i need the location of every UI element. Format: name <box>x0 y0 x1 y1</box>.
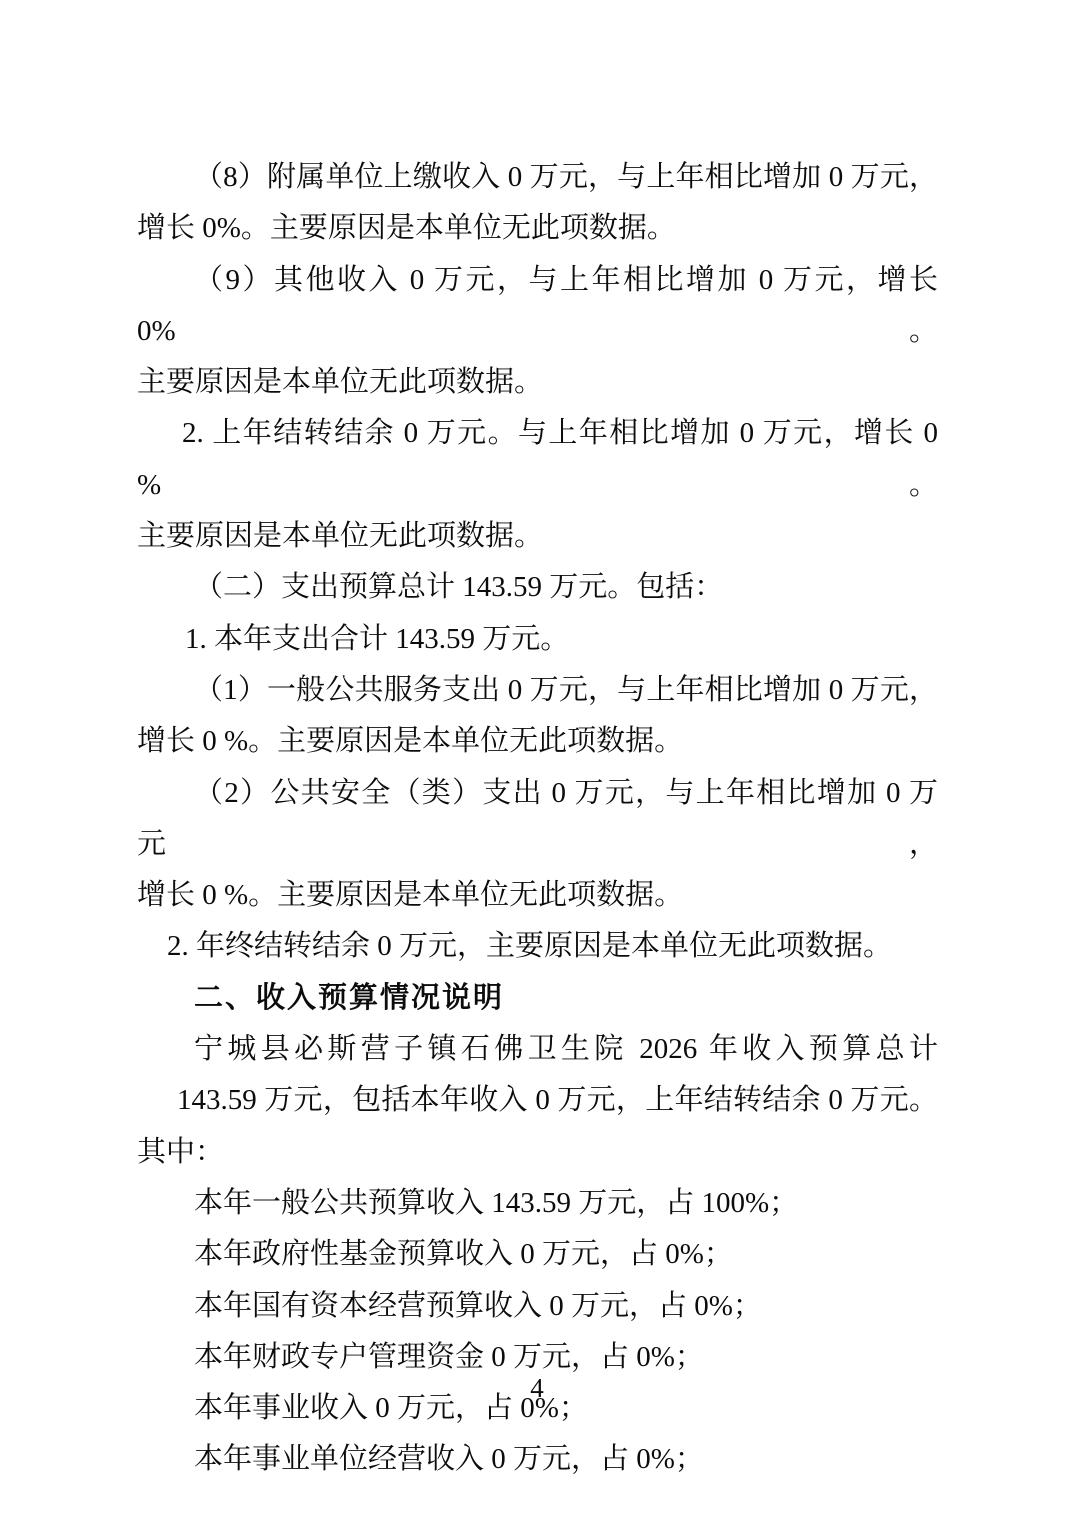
paragraph-line: 1. 本年支出合计 143.59 万元。 <box>137 614 938 665</box>
paragraph-line: （8）附属单位上缴收入 0 万元，与上年相比增加 0 万元， <box>137 152 938 203</box>
paragraph-line: 增长 0 %。主要原因是本单位无此项数据。 <box>137 716 938 767</box>
document-page: （8）附属单位上缴收入 0 万元，与上年相比增加 0 万元， 增长 0%。主要原… <box>0 0 1074 1520</box>
paragraph-line: 本年事业单位经营收入 0 万元，占 0%； <box>137 1434 938 1485</box>
paragraph-line: 其中： <box>137 1127 938 1178</box>
paragraph-line: （二）支出预算总计 143.59 万元。包括： <box>137 562 938 613</box>
paragraph-line: 2. 上年结转结余 0 万元。与上年相比增加 0 万元，增长 0 %。 <box>137 408 938 511</box>
paragraph-line: 主要原因是本单位无此项数据。 <box>137 357 938 408</box>
paragraph-line: 本年一般公共预算收入 143.59 万元，占 100%； <box>137 1178 938 1229</box>
paragraph-line: 2. 年终结转结余 0 万元，主要原因是本单位无此项数据。 <box>137 921 938 972</box>
paragraph-line: 本年政府性基金预算收入 0 万元，占 0%； <box>137 1229 938 1280</box>
paragraph-line: 本年国有资本经营预算收入 0 万元，占 0%； <box>137 1281 938 1332</box>
paragraph-line: 增长 0 %。主要原因是本单位无此项数据。 <box>137 870 938 921</box>
page-footer: 4 <box>0 1372 1074 1404</box>
paragraph-line: 143.59 万元，包括本年收入 0 万元，上年结转结余 0 万元。 <box>137 1075 938 1126</box>
page-number: 4 <box>530 1373 544 1403</box>
paragraph-line: （2）公共安全（类）支出 0 万元，与上年相比增加 0 万元， <box>137 768 938 871</box>
paragraph-line: （1）一般公共服务支出 0 万元，与上年相比增加 0 万元， <box>137 665 938 716</box>
section-heading: 二、收入预算情况说明 <box>137 973 938 1024</box>
paragraph-line: 主要原因是本单位无此项数据。 <box>137 511 938 562</box>
paragraph-line: 宁城县必斯营子镇石佛卫生院 2026 年收入预算总计 <box>137 1024 938 1075</box>
document-body: （8）附属单位上缴收入 0 万元，与上年相比增加 0 万元， 增长 0%。主要原… <box>137 152 938 1486</box>
paragraph-line: （9）其他收入 0 万元，与上年相比增加 0 万元，增长 0%。 <box>137 255 938 358</box>
paragraph-line: 增长 0%。主要原因是本单位无此项数据。 <box>137 203 938 254</box>
